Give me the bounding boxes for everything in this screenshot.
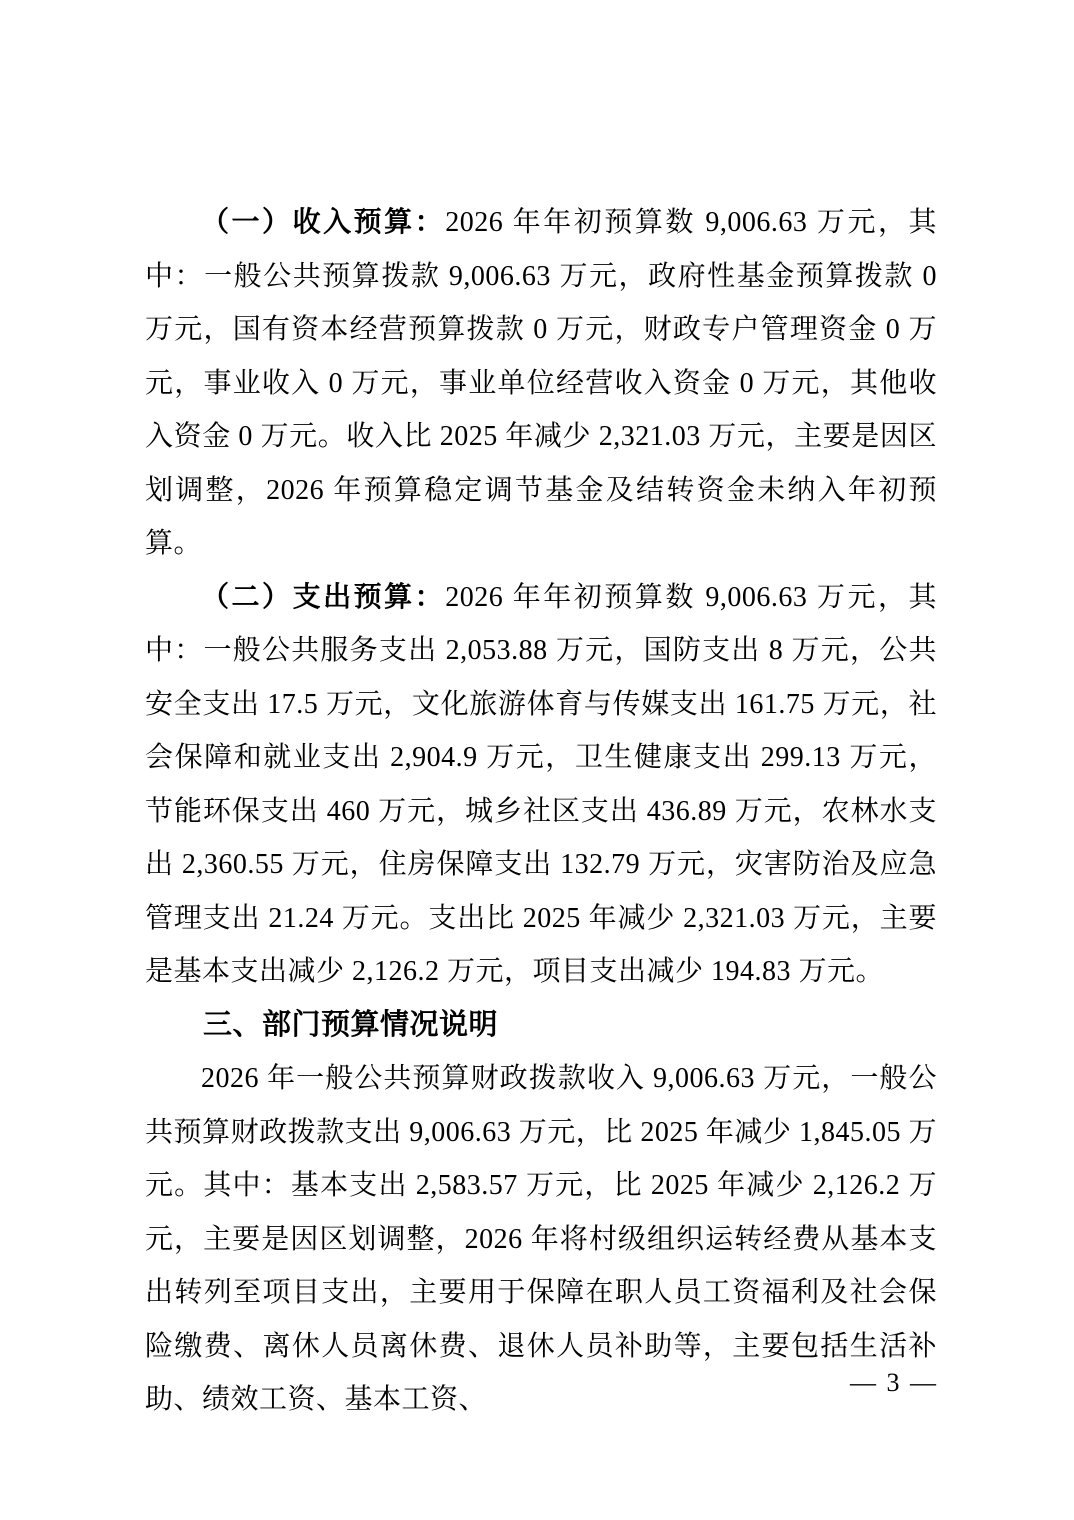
paragraph-income-budget-lead: （一）收入预算： <box>201 207 445 238</box>
paragraph-expenditure-budget-text: 2026 年年初预算数 9,006.63 万元，其中：一般公共服务支出 2,05… <box>145 582 937 988</box>
page-number: — 3 — <box>850 1363 938 1403</box>
paragraph-income-budget: （一）收入预算：2026 年年初预算数 9,006.63 万元，其中：一般公共预… <box>145 196 937 571</box>
paragraph-expenditure-budget: （二）支出预算：2026 年年初预算数 9,006.63 万元，其中：一般公共服… <box>145 571 937 999</box>
section-heading-budget-explanation: 三、部门预算情况说明 <box>145 999 937 1053</box>
document-page: （一）收入预算：2026 年年初预算数 9,006.63 万元，其中：一般公共预… <box>0 0 1074 1520</box>
paragraph-income-budget-text: 2026 年年初预算数 9,006.63 万元，其中：一般公共预算拨款 9,00… <box>145 207 937 559</box>
document-body: （一）收入预算：2026 年年初预算数 9,006.63 万元，其中：一般公共预… <box>145 196 937 1427</box>
paragraph-expenditure-budget-lead: （二）支出预算： <box>201 582 445 613</box>
paragraph-budget-explanation: 2026 年一般公共预算财政拨款收入 9,006.63 万元，一般公共预算财政拨… <box>145 1052 937 1427</box>
